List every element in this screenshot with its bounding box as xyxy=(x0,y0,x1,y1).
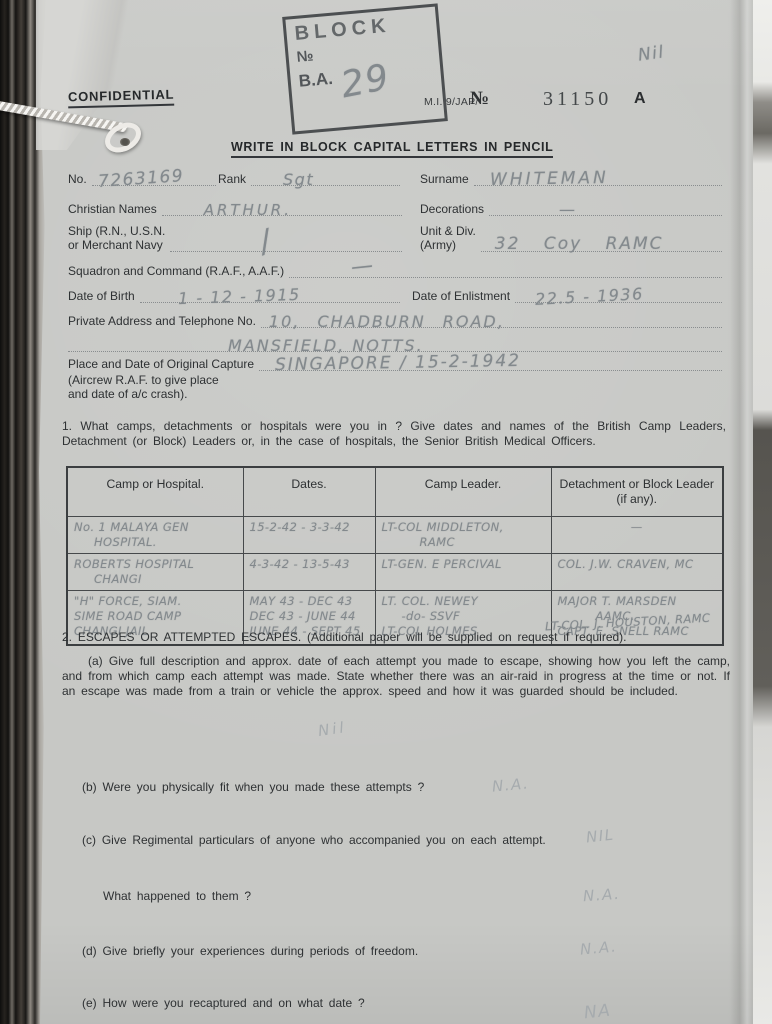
field-surname-label: Surname xyxy=(420,172,474,186)
cell-text: COL. J.W. CRAVEN, MC xyxy=(558,557,717,572)
field-decorations-label: Decorations xyxy=(420,202,489,216)
field-rank-label: Rank xyxy=(218,172,251,186)
cell-text: LT-COL MIDDLETON, xyxy=(382,520,545,535)
field-squadron: Squadron and Command (R.A.F., A.A.F.) — xyxy=(68,262,722,278)
field-no-label: No. xyxy=(68,172,92,186)
table-row: ROBERTS HOSPITALCHANGI 4-3-42 - 13-5-43 … xyxy=(67,554,723,591)
question-2c-followup: What happened to them ? xyxy=(103,889,403,904)
question-2d: (d) Give briefly your experiences during… xyxy=(82,944,542,959)
cell-text: "H" FORCE, SIAM. xyxy=(74,594,237,609)
file-ref-suffix: A xyxy=(634,90,646,108)
page-stack-edge xyxy=(0,0,46,1024)
file-ref-number: 31150 xyxy=(543,88,612,111)
question-2b: (b) Were you physically fit when you mad… xyxy=(82,780,502,795)
form-heading: WRITE IN BLOCK CAPITAL LETTERS IN PENCIL xyxy=(231,140,553,158)
question-1: 1. What camps, detachments or hospitals … xyxy=(62,419,726,449)
col-dates: Dates. xyxy=(243,467,375,517)
file-ref-no: № xyxy=(470,88,489,110)
field-surname-value: WHITEMAN xyxy=(490,168,609,190)
cell-text: DEC 43 - JUNE 44 xyxy=(250,609,369,624)
field-dob: Date of Birth 1 - 12 - 1915 xyxy=(68,287,400,303)
field-no: No. 7263169 xyxy=(68,170,216,186)
field-unit-label: Unit & Div.(Army) xyxy=(420,224,481,252)
question-2-heading: 2. ESCAPES OR ATTEMPTED ESCAPES. (Additi… xyxy=(62,630,730,645)
cell-text: CHANGI xyxy=(74,572,237,587)
field-rank-line: Sgt xyxy=(251,170,400,186)
field-christian-line: ARTHUR. xyxy=(162,200,402,216)
field-ship-label: Ship (R.N., U.S.N.or Merchant Navy xyxy=(68,224,170,252)
field-no-line: 7263169 xyxy=(92,170,216,186)
answer-2e: NA xyxy=(583,1001,612,1024)
cell-text: MAJOR T. MARSDEN xyxy=(558,594,717,609)
col-leader: Camp Leader. xyxy=(375,467,551,517)
cell-text: -do- SSVF xyxy=(382,609,545,624)
cell-text: RAMC xyxy=(382,535,545,550)
field-capture-line: SINGAPORE / 15-2-1942 xyxy=(259,355,722,371)
answer-2b: N.A. xyxy=(491,774,530,795)
stamp-handwritten-number: 29 xyxy=(338,57,394,107)
field-rank-value: Sgt xyxy=(283,170,314,189)
col-detachment: Detachment or Block Leader (if any). xyxy=(551,467,723,517)
field-address-value1: 10, CHADBURN ROAD, xyxy=(269,312,505,331)
field-address: Private Address and Telephone No. 10, CH… xyxy=(68,312,722,328)
cell-text: HOSPITAL. xyxy=(74,535,237,550)
field-address-label: Private Address and Telephone No. xyxy=(68,314,261,328)
field-dob-label: Date of Birth xyxy=(68,289,140,303)
field-unit-line: 32 Coy RAMC xyxy=(481,236,722,252)
answer-2c: NIL xyxy=(585,826,615,847)
field-christian-value: ARTHUR. xyxy=(204,201,292,219)
field-surname: Surname WHITEMAN xyxy=(420,170,722,186)
cell-text: ROBERTS HOSPITAL xyxy=(74,557,237,572)
field-capture: Place and Date of Original Capture SINGA… xyxy=(68,355,722,371)
field-address-line2-row: MANSFIELD, NOTTS. xyxy=(68,336,722,352)
punch-hole xyxy=(120,138,130,146)
cell-text: LT. COL. NEWEY xyxy=(382,594,545,609)
field-squadron-value: — xyxy=(350,253,376,280)
cell-text: 15-2-42 - 3-3-42 xyxy=(250,520,369,535)
field-address-line1: 10, CHADBURN ROAD, xyxy=(261,312,722,328)
field-decorations-value: — xyxy=(559,200,577,219)
field-ship: Ship (R.N., U.S.N.or Merchant Navy / xyxy=(68,224,402,252)
field-capture-label1: Place and Date of Original Capture xyxy=(68,357,259,371)
nil-annotation: Nil xyxy=(637,42,666,66)
table-row: No. 1 MALAYA GENHOSPITAL. 15-2-42 - 3-3-… xyxy=(67,517,723,554)
field-surname-line: WHITEMAN xyxy=(474,170,722,186)
field-rank: Rank Sgt xyxy=(218,170,400,186)
field-enlistment-label: Date of Enlistment xyxy=(412,289,515,303)
cell-text: 4-3-42 - 13-5-43 xyxy=(250,557,369,572)
stamp-ba-label: B.A. xyxy=(298,69,334,92)
paper-right-edge xyxy=(753,0,772,1024)
answer-2c-followup: N.A. xyxy=(582,885,620,906)
cell-text: SIME ROAD CAMP xyxy=(74,609,237,624)
field-address-line2: MANSFIELD, NOTTS. xyxy=(68,336,722,352)
field-dob-line: 1 - 12 - 1915 xyxy=(140,287,400,303)
col-camp: Camp or Hospital. xyxy=(67,467,243,517)
field-squadron-label: Squadron and Command (R.A.F., A.A.F.) xyxy=(68,264,289,278)
cell-text: — xyxy=(558,520,717,535)
scanned-pow-questionnaire: CONFIDENTIAL BLOCK № B.A. 29 M.I. 9/JAP/… xyxy=(0,0,772,1024)
field-decorations-line: — xyxy=(489,200,722,216)
question-2c: (c) Give Regimental particulars of anyon… xyxy=(82,833,562,848)
field-decorations: Decorations — xyxy=(420,200,722,216)
cell-text: MAY 43 - DEC 43 xyxy=(250,594,369,609)
table-header-row: Camp or Hospital. Dates. Camp Leader. De… xyxy=(67,467,723,517)
field-capture-label2: (Aircrew R.A.F. to give placeand date of… xyxy=(68,373,219,401)
field-christian-label: Christian Names xyxy=(68,202,162,216)
field-unit: Unit & Div.(Army) 32 Coy RAMC xyxy=(420,224,722,252)
field-ship-line: / xyxy=(170,236,402,252)
cell-text: No. 1 MALAYA GEN xyxy=(74,520,237,535)
question-2a: (a) Give full description and approx. da… xyxy=(62,654,730,699)
field-christian-names: Christian Names ARTHUR. xyxy=(68,200,402,216)
field-unit-value: 32 Coy RAMC xyxy=(495,234,664,254)
paper-crease xyxy=(730,0,752,1024)
answer-2d: N.A. xyxy=(579,937,618,958)
field-squadron-line: — xyxy=(289,262,722,278)
block-number-stamp: BLOCK № B.A. 29 xyxy=(282,3,448,134)
confidential-marking: CONFIDENTIAL xyxy=(68,87,175,109)
cell-text: LT-GEN. E PERCIVAL xyxy=(382,557,545,572)
field-enlistment: Date of Enlistment 22.5 - 1936 xyxy=(412,287,722,303)
question-2e: (e) How were you recaptured and on what … xyxy=(82,996,502,1011)
field-enlistment-line: 22.5 - 1936 xyxy=(515,287,722,303)
